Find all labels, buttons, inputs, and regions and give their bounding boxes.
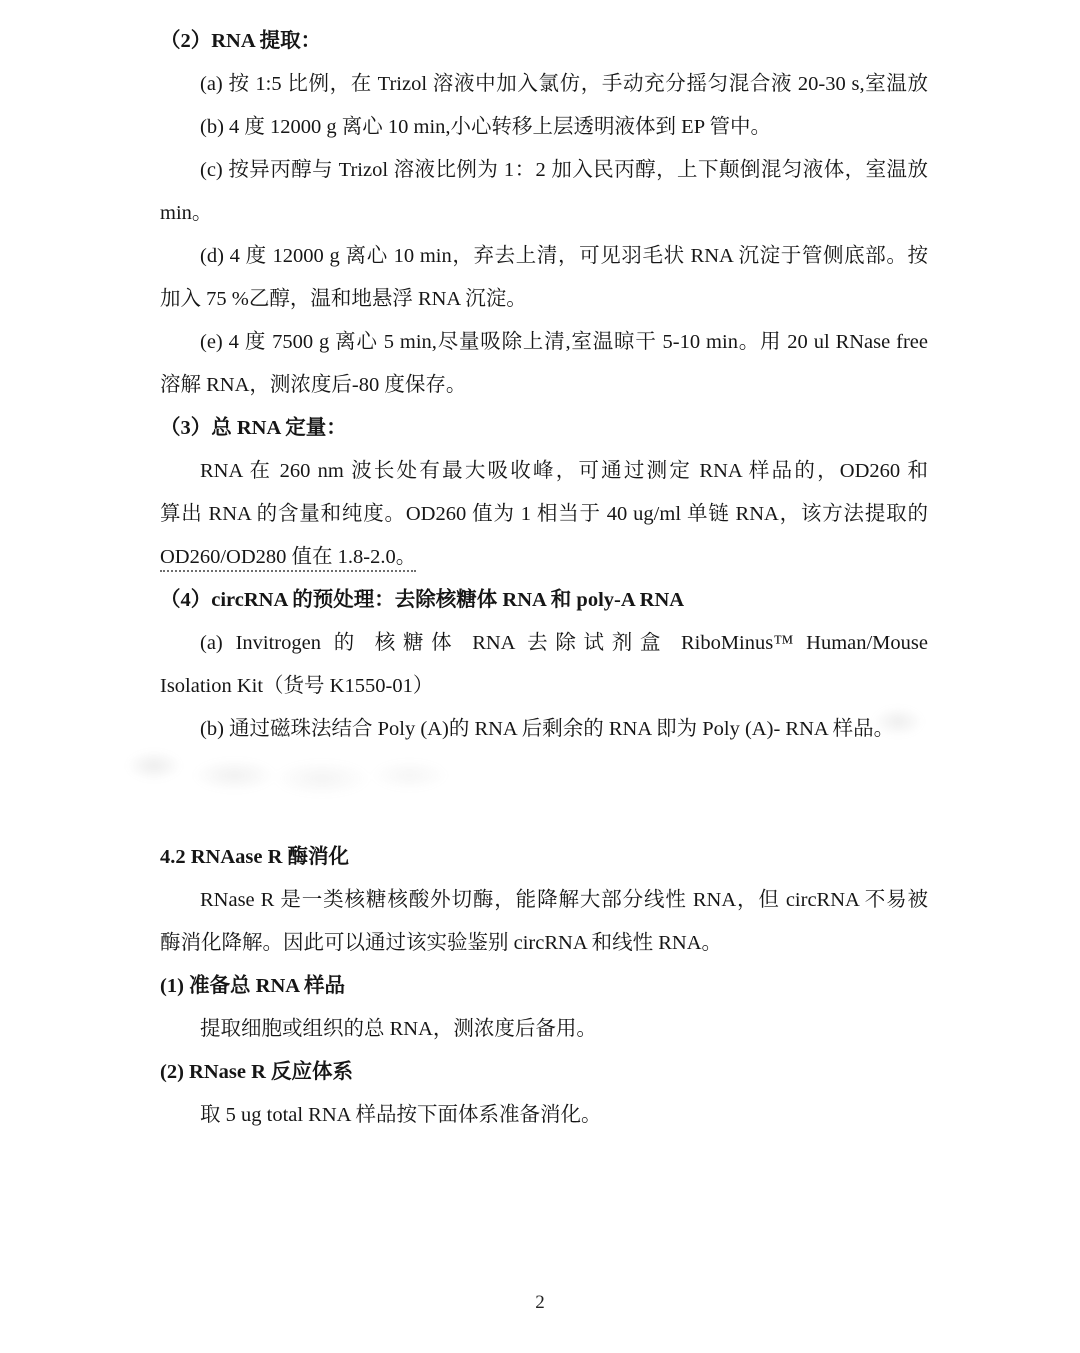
- heading-total-rna-quantification: （3）总 RNA 定量：: [160, 407, 928, 450]
- pretreatment-a-kit-line1: (a) Invitrogen 的 核糖体 RNA 去除试剂盒 RiboMinus…: [160, 622, 928, 665]
- document-body: （2）RNA 提取： (a) 按 1:5 比例，在 Trizol 溶液中加入氯仿…: [160, 20, 928, 1137]
- step-e-dry-line1: (e) 4 度 7500 g 离心 5 min,尽量吸除上清,室温晾干 5-10…: [160, 321, 928, 364]
- heading-rnase-r-reaction-system: (2) RNase R 反应体系: [160, 1051, 928, 1094]
- heading-rnase-r-digestion: 4.2 RNAase R 酶消化: [160, 836, 928, 879]
- step-e-dry-line2: 溶解 RNA，测浓度后-80 度保存。: [160, 364, 928, 407]
- pretreatment-b-polya: (b) 通过磁珠法结合 Poly (A)的 RNA 后剩余的 RNA 即为 Po…: [160, 708, 928, 751]
- heading-circrna-pretreatment: （4）circRNA 的预处理：去除核糖体 RNA 和 poly-A RNA: [160, 579, 928, 622]
- quantification-para-line1: RNA 在 260 nm 波长处有最大吸收峰，可通过测定 RNA 样品的，OD2…: [160, 450, 928, 493]
- section-gap: [160, 751, 928, 836]
- heading-prepare-total-rna: (1) 准备总 RNA 样品: [160, 965, 928, 1008]
- step-d-pellet-line2: 加入 75 %乙醇，温和地悬浮 RNA 沉淀。: [160, 278, 928, 321]
- document-page: （2）RNA 提取： (a) 按 1:5 比例，在 Trizol 溶液中加入氯仿…: [0, 0, 1080, 1353]
- step-c-isopropanol-line1: (c) 按异丙醇与 Trizol 溶液比例为 1：2 加入民丙醇，上下颠倒混匀液…: [160, 149, 928, 192]
- page-number: 2: [0, 1292, 1080, 1314]
- step-a-chloroform: (a) 按 1:5 比例，在 Trizol 溶液中加入氯仿，手动充分摇匀混合液 …: [160, 63, 928, 106]
- prepare-total-rna-body: 提取细胞或组织的总 RNA，测浓度后备用。: [160, 1008, 928, 1051]
- quantification-para-line2: 算出 RNA 的含量和纯度。OD260 值为 1 相当于 40 ug/ml 单链…: [160, 493, 928, 536]
- step-c-isopropanol-line2: min。: [160, 192, 928, 235]
- step-d-pellet-line1: (d) 4 度 12000 g 离心 10 min，弃去上清，可见羽毛状 RNA…: [160, 235, 928, 278]
- od-ratio-underlined-text: OD260/OD280 值在 1.8-2.0。: [160, 546, 416, 572]
- heading-rna-extraction: （2）RNA 提取：: [160, 20, 928, 63]
- quantification-para-line3: OD260/OD280 值在 1.8-2.0。: [160, 536, 928, 579]
- rnase-r-intro-line1: RNase R 是一类核糖核酸外切酶，能降解大部分线性 RNA，但 circRN…: [160, 879, 928, 922]
- step-b-centrifuge: (b) 4 度 12000 g 离心 10 min,小心转移上层透明液体到 EP…: [160, 106, 928, 149]
- rnase-r-intro-line2: 酶消化降解。因此可以通过该实验鉴别 circRNA 和线性 RNA。: [160, 922, 928, 965]
- rnase-r-reaction-body: 取 5 ug total RNA 样品按下面体系准备消化。: [160, 1094, 928, 1137]
- pretreatment-a-kit-line2: Isolation Kit（货号 K1550-01）: [160, 665, 928, 708]
